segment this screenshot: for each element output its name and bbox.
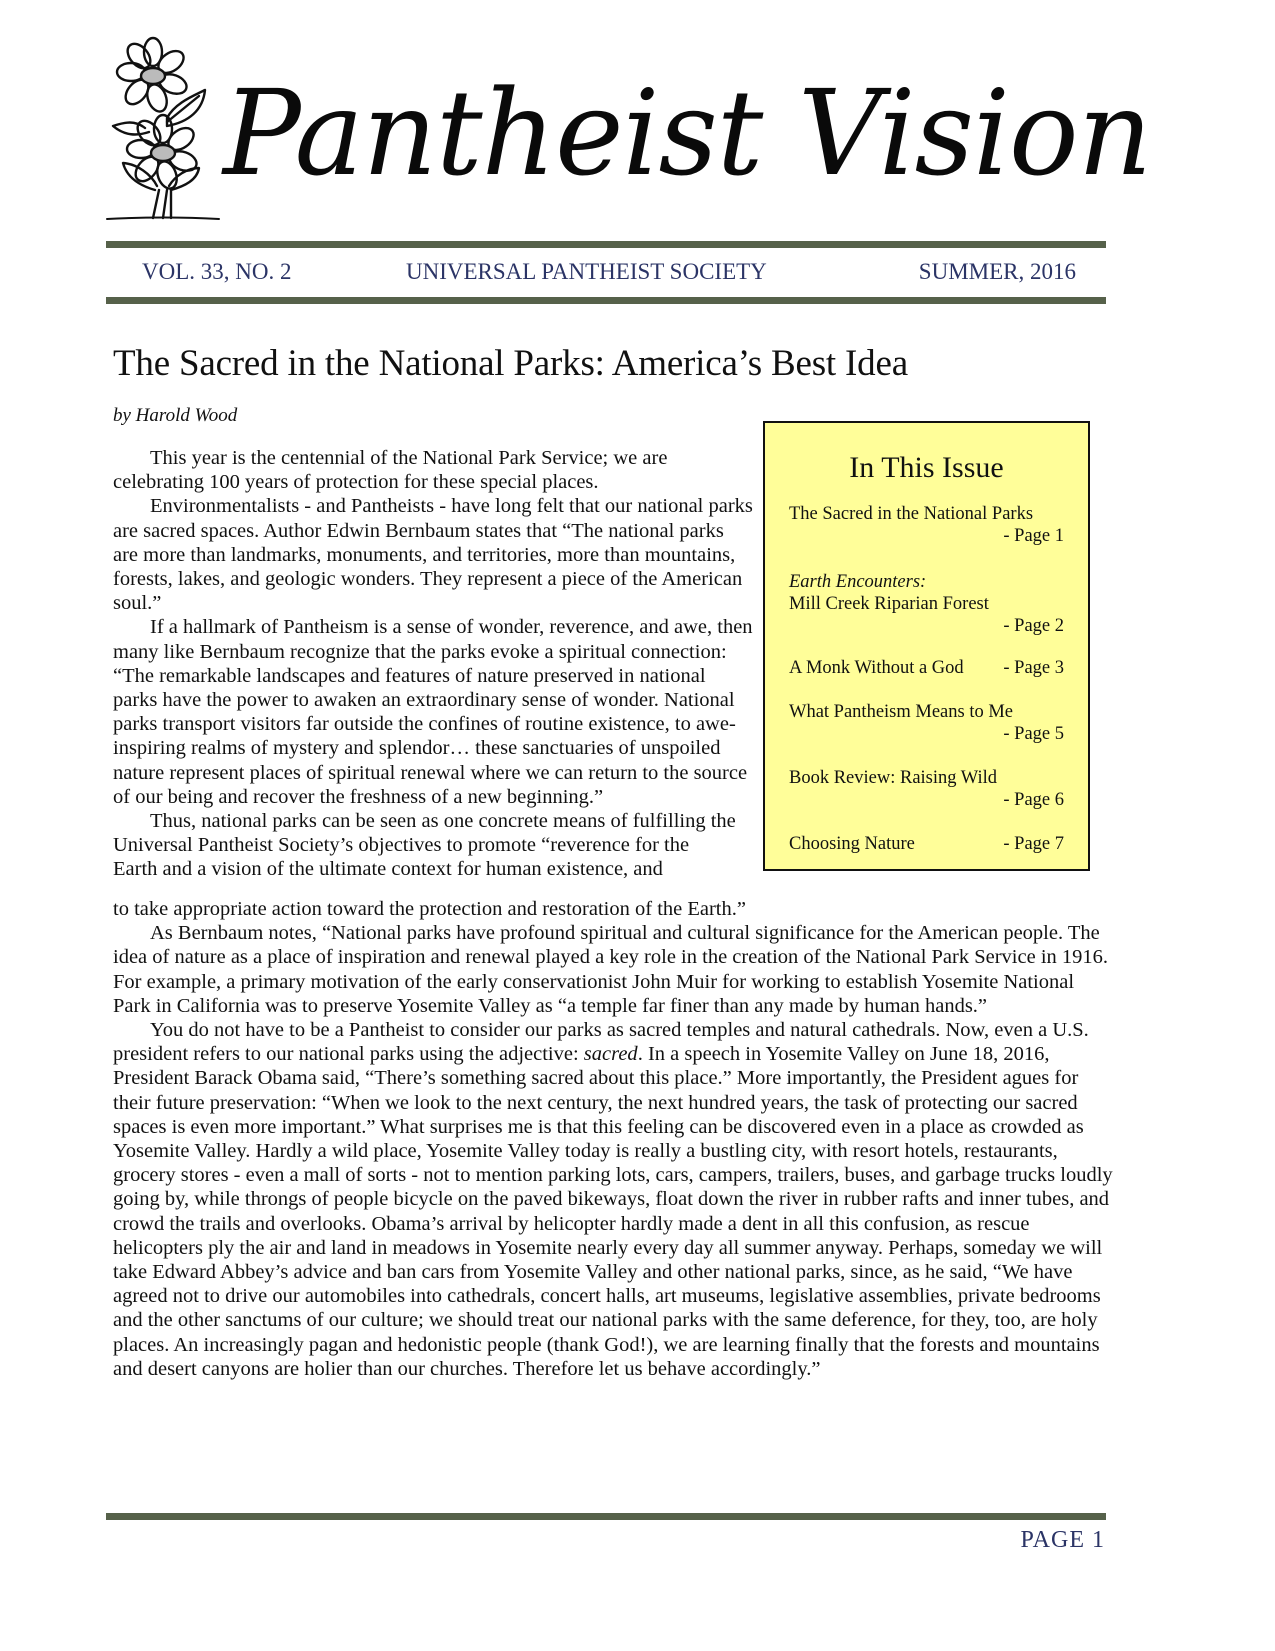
article-body-narrow: This year is the centennial of the Natio… bbox=[113, 446, 753, 882]
issue-info-bar: VOL. 33, NO. 2 UNIVERSAL PANTHEIST SOCIE… bbox=[106, 253, 1106, 289]
toc-item-page: - Page 3 bbox=[1003, 657, 1064, 679]
paragraph: Thus, national parks can be seen as one … bbox=[113, 809, 738, 882]
toc-item-page: - Page 1 bbox=[789, 525, 1064, 547]
toc-item-title: The Sacred in the National Parks bbox=[789, 503, 1064, 525]
volume-number: VOL. 33, NO. 2 bbox=[142, 259, 292, 285]
article-headline: The Sacred in the National Parks: Americ… bbox=[113, 342, 908, 385]
footer-rule bbox=[106, 1513, 1106, 1520]
toc-title: In This Issue bbox=[765, 451, 1088, 485]
toc-item[interactable]: What Pantheism Means to Me - Page 5 bbox=[789, 701, 1064, 745]
emphasis-sacred: sacred bbox=[584, 1043, 638, 1065]
toc-item-page: - Page 7 bbox=[1003, 833, 1064, 855]
toc-item[interactable]: Choosing Nature - Page 7 bbox=[789, 833, 1064, 855]
masthead: Pantheist Vision bbox=[105, 18, 1125, 228]
toc-item-kicker: Earth Encounters: bbox=[789, 571, 1064, 593]
header-rule-bottom bbox=[106, 297, 1106, 304]
header-rule-top bbox=[106, 241, 1106, 248]
in-this-issue-box: In This Issue The Sacred in the National… bbox=[763, 421, 1090, 871]
toc-item[interactable]: Book Review: Raising Wild - Page 6 bbox=[789, 767, 1064, 811]
paragraph-text: . In a speech in Yosemite Valley on June… bbox=[113, 1043, 1113, 1380]
toc-item-page: - Page 6 bbox=[789, 789, 1064, 811]
toc-item-page: - Page 2 bbox=[789, 615, 1064, 637]
paragraph-continuation: to take appropriate action toward the pr… bbox=[113, 897, 1113, 921]
toc-item-title: What Pantheism Means to Me bbox=[789, 701, 1064, 723]
paragraph: If a hallmark of Pantheism is a sense of… bbox=[113, 615, 753, 809]
paragraph: This year is the centennial of the Natio… bbox=[113, 446, 753, 494]
paragraph: As Bernbaum notes, “National parks have … bbox=[113, 921, 1113, 1018]
paragraph: Environmentalists - and Pantheists - hav… bbox=[113, 494, 753, 615]
toc-item-title: Mill Creek Riparian Forest bbox=[789, 593, 1064, 615]
issue-season: SUMMER, 2016 bbox=[919, 259, 1076, 285]
toc-list: The Sacred in the National Parks - Page … bbox=[789, 503, 1064, 855]
publication-title: Pantheist Vision bbox=[223, 74, 1151, 192]
flower-logo-icon bbox=[105, 18, 225, 228]
article-body-continuation: to take appropriate action toward the pr… bbox=[113, 897, 1113, 1381]
paragraph: You do not have to be a Pantheist to con… bbox=[113, 1018, 1113, 1381]
toc-item-page: - Page 5 bbox=[789, 723, 1064, 745]
toc-item[interactable]: The Sacred in the National Parks - Page … bbox=[789, 503, 1064, 547]
article-byline: by Harold Wood bbox=[113, 405, 237, 427]
toc-item[interactable]: A Monk Without a God - Page 3 bbox=[789, 657, 1064, 679]
toc-item-title: Book Review: Raising Wild bbox=[789, 767, 1064, 789]
toc-item[interactable]: Earth Encounters: Mill Creek Riparian Fo… bbox=[789, 571, 1064, 637]
page-number: PAGE 1 bbox=[1021, 1527, 1105, 1554]
society-name: UNIVERSAL PANTHEIST SOCIETY bbox=[406, 259, 767, 285]
